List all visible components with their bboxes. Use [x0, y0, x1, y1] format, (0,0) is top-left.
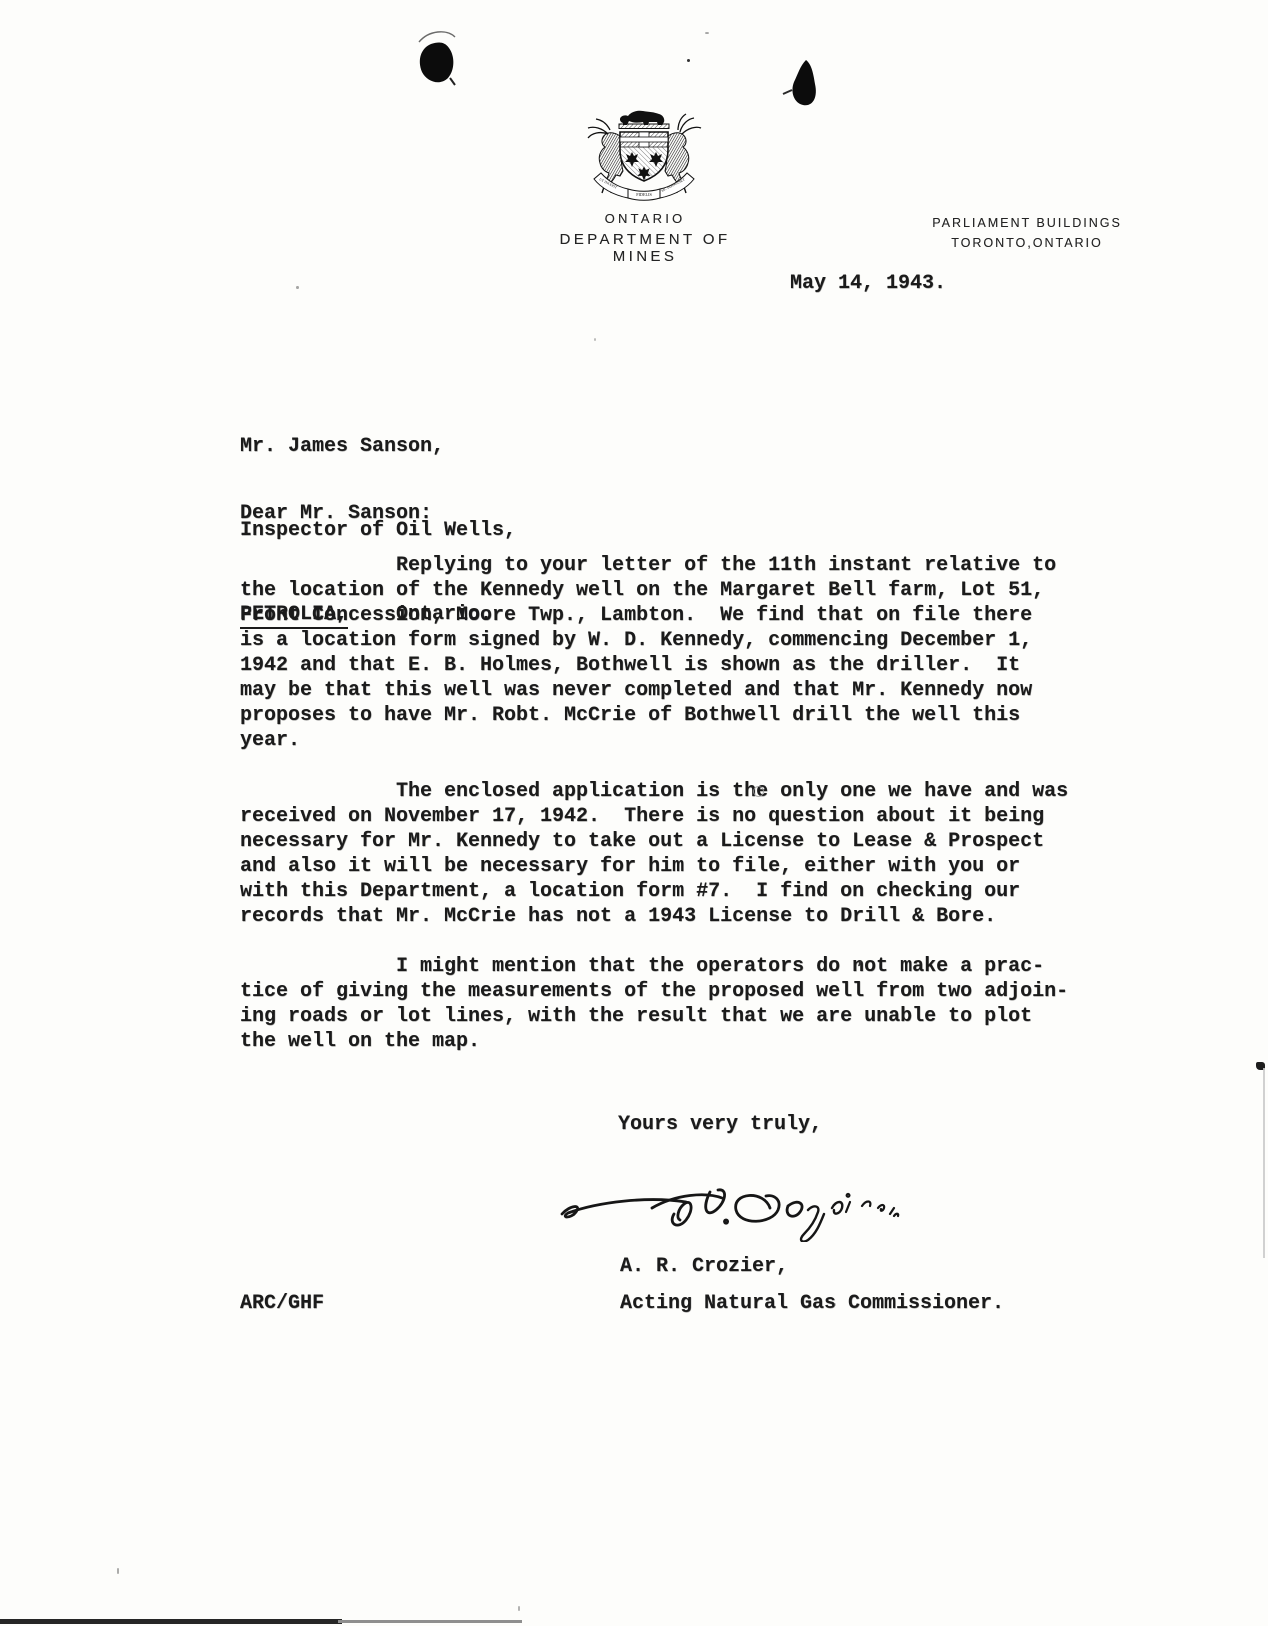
signature-a-r-crozier [552, 1178, 904, 1242]
scan-speck [705, 32, 709, 34]
bear-crest [620, 111, 664, 125]
text-line: 1942 and that E. B. Holmes, Bothwell is … [240, 653, 1056, 678]
date-line: May 14, 1943. [790, 271, 946, 296]
scan-speck [296, 286, 299, 289]
reference-initials: ARC/GHF [240, 1291, 324, 1316]
scan-speck [687, 59, 690, 62]
text-line: the well on the map. [240, 1029, 1068, 1054]
valediction: Yours very truly, [618, 1112, 822, 1137]
text-line: The enclosed application is the only one… [240, 779, 1068, 804]
paragraph-2: The enclosed application is the only one… [240, 779, 1068, 929]
scan-bottom-bar-fade [338, 1620, 522, 1623]
text-line: proposes to have Mr. Robt. McCrie of Bot… [240, 703, 1056, 728]
text-line: year. [240, 728, 1056, 753]
text-line: Replying to your letter of the 11th inst… [240, 553, 1056, 578]
text-line: and also it will be necessary for him to… [240, 854, 1068, 879]
scan-speck [117, 1568, 119, 1574]
text-line: I might mention that the operators do no… [240, 954, 1068, 979]
signer-name: A. R. Crozier, [620, 1254, 788, 1279]
ink-blot-right [780, 58, 828, 112]
letterhead-ontario: ONTARIO [525, 211, 765, 226]
scan-speck [518, 1606, 520, 1611]
text-line: tice of giving the measurements of the p… [240, 979, 1068, 1004]
salutation: Dear Mr. Sanson: [240, 501, 432, 526]
letterhead-department: DEPARTMENT OF MINES [525, 231, 765, 265]
text-line: is a location form signed by W. D. Kenne… [240, 628, 1056, 653]
paragraph-1: Replying to your letter of the 11th inst… [240, 553, 1056, 753]
text-line: records that Mr. McCrie has not a 1943 L… [240, 904, 1068, 929]
text-line: ing roads or lot lines, with the result … [240, 1004, 1068, 1029]
text-line: the location of the Kennedy well on the … [240, 578, 1056, 603]
ink-blot-left [410, 26, 464, 92]
text-line: received on November 17, 1942. There is … [240, 804, 1068, 829]
letterhead-toronto-ontario: TORONTO,ONTARIO [897, 236, 1157, 250]
scan-speck [834, 1303, 836, 1306]
scan-speck [594, 338, 596, 341]
paragraph-3: I might mention that the operators do no… [240, 954, 1068, 1054]
signer-title: Acting Natural Gas Commissioner. [620, 1291, 1004, 1316]
recipient-name: Mr. James Sanson, [240, 433, 516, 461]
text-line: necessary for Mr. Kennedy to take out a … [240, 829, 1068, 854]
motto-center: FIDELIS [636, 192, 652, 197]
scan-bottom-bar [0, 1619, 342, 1624]
text-line: may be that this well was never complete… [240, 678, 1056, 703]
scan-edge-line [1263, 1068, 1265, 1258]
text-line: with this Department, a location form #7… [240, 879, 1068, 904]
text-line: Front Concession, Moore Twp., Lambton. W… [240, 603, 1056, 628]
typewriter-strike-artifact [753, 786, 764, 797]
ontario-coat-of-arms-icon: UT INCEPIT FIDELIS SIC PERMANET [583, 102, 705, 208]
stray-apostrophe-mark: ’ [855, 960, 865, 979]
letterhead-parliament-buildings: PARLIAMENT BUILDINGS [897, 216, 1157, 230]
